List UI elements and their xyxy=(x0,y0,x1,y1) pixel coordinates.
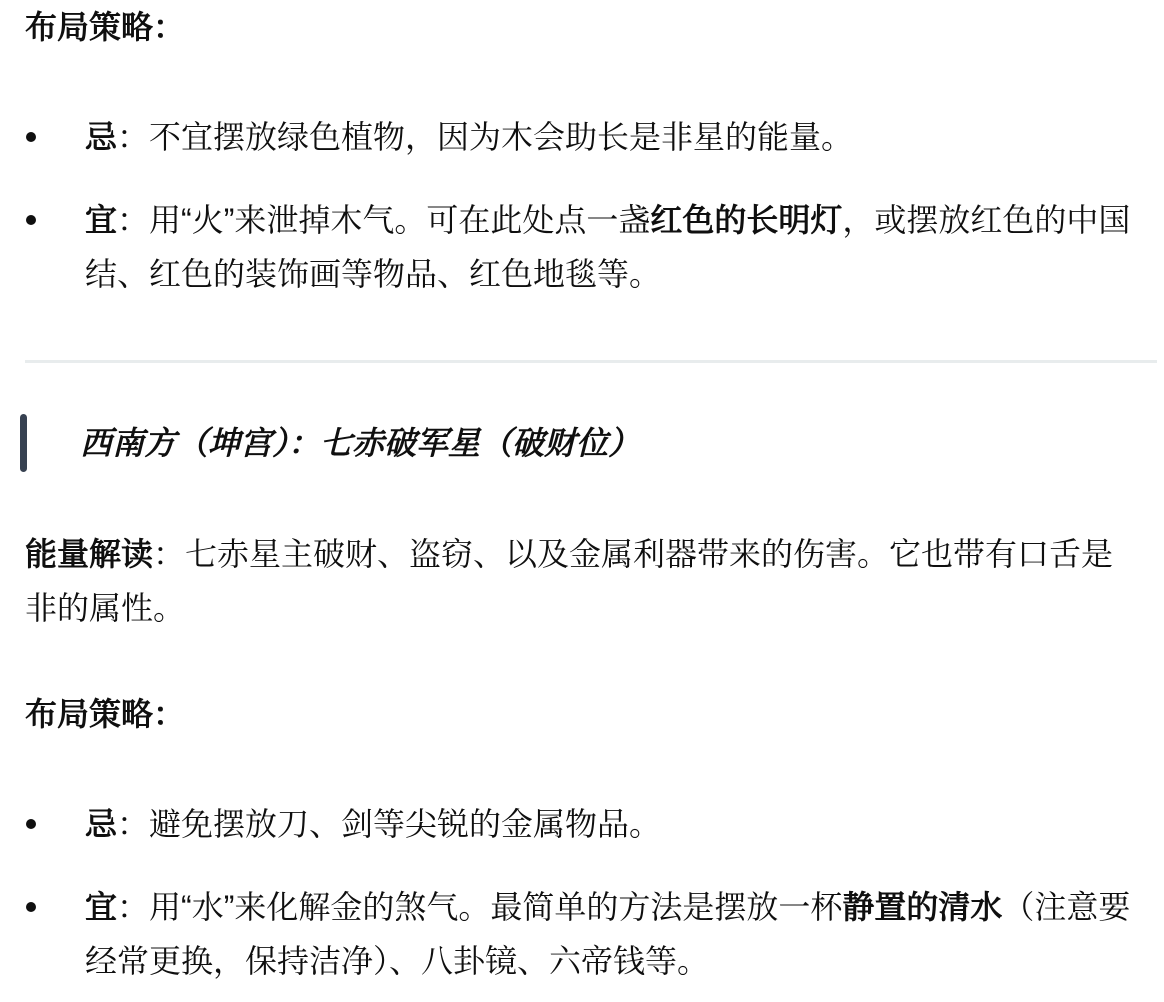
taboo-text: 避免摆放刀、剑等尖锐的金属物品。 xyxy=(149,806,661,842)
suitable-colon: ： xyxy=(117,202,149,238)
strategy-list-2: 忌：避免摆放刀、剑等尖锐的金属物品。 宜：用“水”来化解金的煞气。最简单的方法是… xyxy=(25,797,1131,988)
list-item-taboo: 忌：不宜摆放绿色植物，因为木会助长是非星的能量。 xyxy=(25,110,1131,164)
strategy-heading-2: 布局策略： xyxy=(25,687,1131,741)
bullet-icon xyxy=(26,902,36,912)
energy-colon: ： xyxy=(153,536,185,572)
suitable-text-pre: 用“火”来泄掉木气。可在此处点一盏 xyxy=(149,202,650,238)
suitable-label: 宜 xyxy=(85,202,117,238)
list-item-suitable: 宜：用“火”来泄掉木气。可在此处点一盏红色的长明灯，或摆放红色的中国结、红色的装… xyxy=(25,193,1131,302)
suitable-label: 宜 xyxy=(85,889,117,925)
bullet-icon xyxy=(26,215,36,225)
suitable-text-bold: 红色的长明灯 xyxy=(650,202,842,238)
taboo-label: 忌 xyxy=(85,806,117,842)
suitable-text-pre: 用“水”来化解金的煞气。最简单的方法是摆放一杯 xyxy=(149,889,842,925)
section-quote: 西南方（坤宫）：七赤破军星（破财位） xyxy=(25,414,1131,472)
document-content: 布局策略： 忌：不宜摆放绿色植物，因为木会助长是非星的能量。 宜：用“火”来泄掉… xyxy=(0,0,1164,1002)
energy-paragraph: 能量解读：七赤星主破财、盗窃、以及金属利器带来的伤害。它也带有口舌是非的属性。 xyxy=(25,527,1131,636)
taboo-text: 不宜摆放绿色植物，因为木会助长是非星的能量。 xyxy=(149,119,853,155)
bullet-icon xyxy=(26,819,36,829)
taboo-label: 忌 xyxy=(85,119,117,155)
suitable-colon: ： xyxy=(117,889,149,925)
quote-accent-bar xyxy=(20,414,27,472)
list-item-suitable: 宜：用“水”来化解金的煞气。最简单的方法是摆放一杯静置的清水（注意要经常更换，保… xyxy=(25,880,1131,989)
suitable-text-bold: 静置的清水 xyxy=(842,889,1002,925)
section-divider xyxy=(25,360,1157,363)
strategy-heading-1: 布局策略： xyxy=(25,0,1131,54)
taboo-colon: ： xyxy=(117,119,149,155)
list-item-taboo: 忌：避免摆放刀、剑等尖锐的金属物品。 xyxy=(25,797,1131,851)
energy-label: 能量解读 xyxy=(25,536,153,572)
strategy-list-1: 忌：不宜摆放绿色植物，因为木会助长是非星的能量。 宜：用“火”来泄掉木气。可在此… xyxy=(25,110,1131,301)
energy-text: 七赤星主破财、盗窃、以及金属利器带来的伤害。它也带有口舌是非的属性。 xyxy=(25,536,1113,626)
taboo-colon: ： xyxy=(117,806,149,842)
bullet-icon xyxy=(26,132,36,142)
quote-title: 西南方（坤宫）：七赤破军星（破财位） xyxy=(80,425,640,461)
